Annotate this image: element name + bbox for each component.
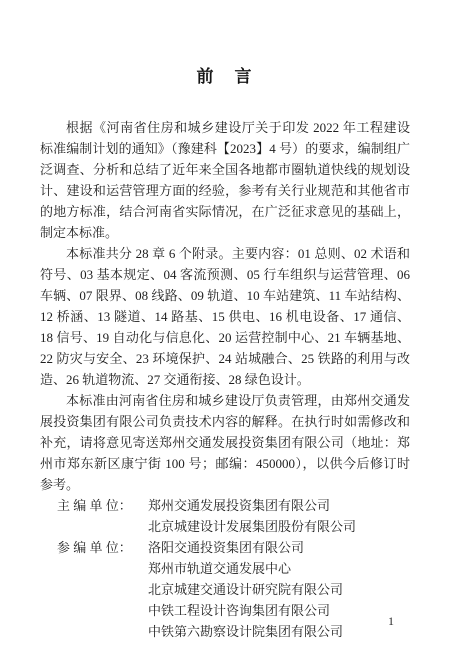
chief-editor-unit: 北京城建设计发展集团股份有限公司	[148, 516, 410, 537]
document-page: 前 言 根据《河南省住房和城乡建设厅关于印发 2022 年工程建设标准编制计划的…	[0, 0, 450, 653]
chief-editor-unit: 郑州交通发展投资集团有限公司	[148, 495, 410, 516]
participating-editor-unit: 洛阳交通投资集团有限公司	[148, 537, 410, 558]
participating-editor-unit: 中铁第六勘察设计院集团有限公司	[148, 621, 410, 642]
participating-editor-list: 洛阳交通投资集团有限公司 郑州市轨道交通发展中心 北京城建交通设计研究院有限公司…	[148, 537, 410, 642]
participating-editor-row: 参 编 单 位： 洛阳交通投资集团有限公司 郑州市轨道交通发展中心 北京城建交通…	[40, 537, 410, 642]
page-title: 前 言	[0, 0, 450, 87]
participating-editor-unit: 郑州市轨道交通发展中心	[148, 558, 410, 579]
chief-editor-row: 主 编 单 位： 郑州交通发展投资集团有限公司 北京城建设计发展集团股份有限公司	[40, 495, 410, 537]
chief-editor-list: 郑州交通发展投资集团有限公司 北京城建设计发展集团股份有限公司	[148, 495, 410, 537]
participating-editor-label: 参 编 单 位：	[57, 537, 148, 558]
chief-editor-label: 主 编 单 位：	[57, 495, 148, 516]
participating-editor-unit: 中铁工程设计咨询集团有限公司	[148, 600, 410, 621]
preface-paragraph-2: 本标准共分 28 章 6 个附录。主要内容：01 总则、02 术语和符号、03 …	[40, 243, 410, 390]
preface-paragraph-1: 根据《河南省住房和城乡建设厅关于印发 2022 年工程建设标准编制计划的通知》（…	[40, 117, 410, 243]
page-number: 1	[388, 614, 394, 629]
participating-editor-unit: 北京城建交通设计研究院有限公司	[148, 579, 410, 600]
preface-paragraph-3: 本标准由河南省住房和城乡建设厅负责管理，由郑州交通发展投资集团有限公司负责技术内…	[40, 390, 410, 495]
preface-content: 根据《河南省住房和城乡建设厅关于印发 2022 年工程建设标准编制计划的通知》（…	[40, 117, 410, 642]
